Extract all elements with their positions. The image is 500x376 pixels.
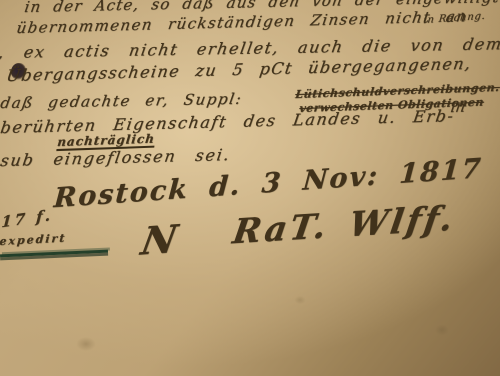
handwriting-line-7: sub eingeflossen sei.	[0, 145, 232, 170]
margin-number: 17 f.	[1, 206, 54, 232]
margin-scribble: expedirt	[0, 231, 67, 248]
handwriting-line-5: daß gedachte er, Suppl:	[0, 90, 244, 112]
registrar-initial: N	[138, 216, 181, 264]
signature: RaT. Wlff.	[230, 198, 458, 252]
manuscript-photo: in der Acte, so daß aus den von der eing…	[0, 0, 500, 376]
green-ink-underline	[0, 250, 108, 258]
